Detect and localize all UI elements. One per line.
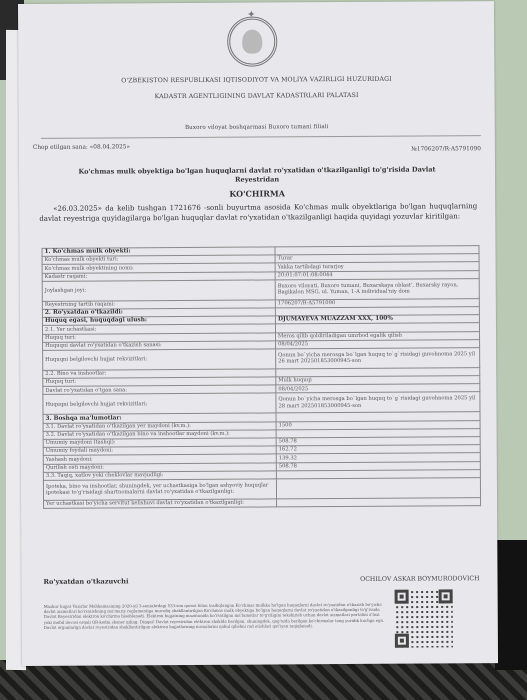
fabric-background xyxy=(0,660,527,700)
registry-table: 1. Ko'chmas mulk obyekti:Ko'chmas mulk o… xyxy=(41,245,481,509)
row-value: Qonun bo`yicha merosga bo`lgan huquq to`… xyxy=(276,348,480,369)
document-number: №1706207/R-A5791090 xyxy=(411,146,481,152)
row-label: Joylashgan joyi: xyxy=(42,280,275,301)
row-label: Ipoteka, bino va inshootlar, shuningdek,… xyxy=(43,479,276,500)
state-emblem-icon xyxy=(227,16,277,66)
document-title: Ko'chmas mulk obyektiga bo'lgan huquqlar… xyxy=(59,165,455,185)
branch-name: Buxoro viloyat boshqarmasi Buxoro tumani… xyxy=(19,123,495,132)
row-label: Huquqni belgilovchi hujjat rekvizitlari: xyxy=(43,393,276,414)
chamber-heading: KADASTR AGENTLIGINING DAVLAT KADASTRLARI… xyxy=(19,91,495,101)
qr-finder xyxy=(395,634,409,648)
row-label: Huquqni belgilovchi hujjat rekvizitlari: xyxy=(43,349,276,370)
table-row: Yer uchastkasi bo'yicha servitut kelishu… xyxy=(44,498,481,509)
table-row: Huquqni belgilovchi hujjat rekvizitlari:… xyxy=(43,392,480,415)
background-shadow-right xyxy=(495,540,527,670)
legal-notice: Mazkur hujjat Vazirlar Mahkamasining 202… xyxy=(44,602,389,630)
row-value xyxy=(276,478,480,499)
ministry-heading: O'ZBEKISTON RESPUBLIKASI IQTISODIYOT VA … xyxy=(18,75,494,85)
row-value: Buxoro viloyati, Buxoro tumani, Buxarska… xyxy=(275,278,479,299)
row-value xyxy=(277,498,481,507)
row-label: Yer uchastkasi bo'yicha servitut kelishu… xyxy=(44,499,277,509)
table-row: Huquqni belgilovchi hujjat rekvizitlari:… xyxy=(43,348,480,371)
qr-code-icon[interactable] xyxy=(395,589,453,647)
divider xyxy=(41,135,481,139)
intro-paragraph: «26.03.2025» da kelib tushgan 1721676 -s… xyxy=(39,201,477,224)
document-subtitle: KO'CHIRMA xyxy=(19,187,495,200)
qr-finder xyxy=(439,589,453,603)
table-row: Joylashgan joyi:Buxoro viloyati, Buxoro … xyxy=(42,278,479,301)
row-value: Qonun bo`yicha merosga bo`lgan huquq to`… xyxy=(276,392,480,413)
document-page: O'ZBEKISTON RESPUBLIKASI IQTISODIYOT VA … xyxy=(18,1,498,666)
print-date: Chop etilgan sana: «08.04.2025» xyxy=(33,144,130,151)
registrar-label: Ro'yxatdan o'tkazuvchi xyxy=(44,577,129,586)
registrar-name: OCHILOV ASKAR BOYMURODOVICH xyxy=(360,575,479,583)
table-row: Ipoteka, bino va inshootlar, shuningdek,… xyxy=(43,478,480,501)
qr-finder xyxy=(395,590,409,604)
